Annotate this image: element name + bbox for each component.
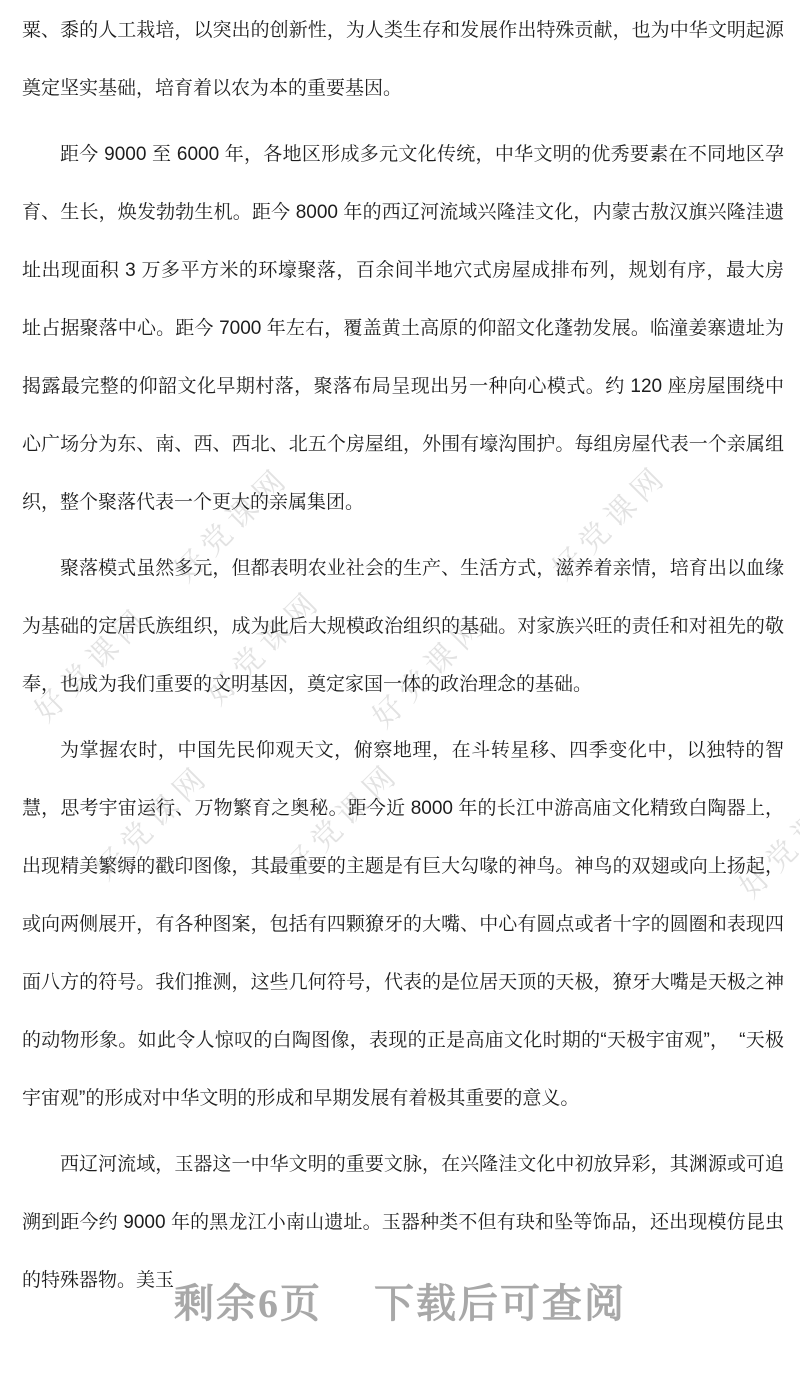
paragraph-astronomy-gaomiao: 为掌握农时，中国先民仰观天文，俯察地理，在斗转星移、四季变化中，以独特的智慧，思… <box>22 722 784 1128</box>
paragraph-regional-cultures: 距今 9000 至 6000 年，各地区形成多元文化传统，中华文明的优秀要素在不… <box>22 126 784 532</box>
remaining-pages-banner: 剩余6页下载后可查阅 <box>0 1272 800 1329</box>
download-hint-text: 下载后可查阅 <box>374 1281 626 1326</box>
paragraph-millet-cultivation: 粟、黍的人工栽培，以突出的创新性，为人类生存和发展作出特殊贡献，也为中华文明起源… <box>22 2 784 118</box>
document-page: 好党课网好党课网好党课网好党课网好党课网好党课网好党课网好党课网 粟、黍的人工栽… <box>0 0 800 1382</box>
document-content: 粟、黍的人工栽培，以突出的创新性，为人类生存和发展作出特殊贡献，也为中华文明起源… <box>22 2 784 1310</box>
remaining-pages-text: 剩余6页 <box>174 1281 322 1326</box>
paragraph-settlement-models: 聚落模式虽然多元，但都表明农业社会的生产、生活方式，滋养着亲情，培育出以血缘为基… <box>22 540 784 714</box>
